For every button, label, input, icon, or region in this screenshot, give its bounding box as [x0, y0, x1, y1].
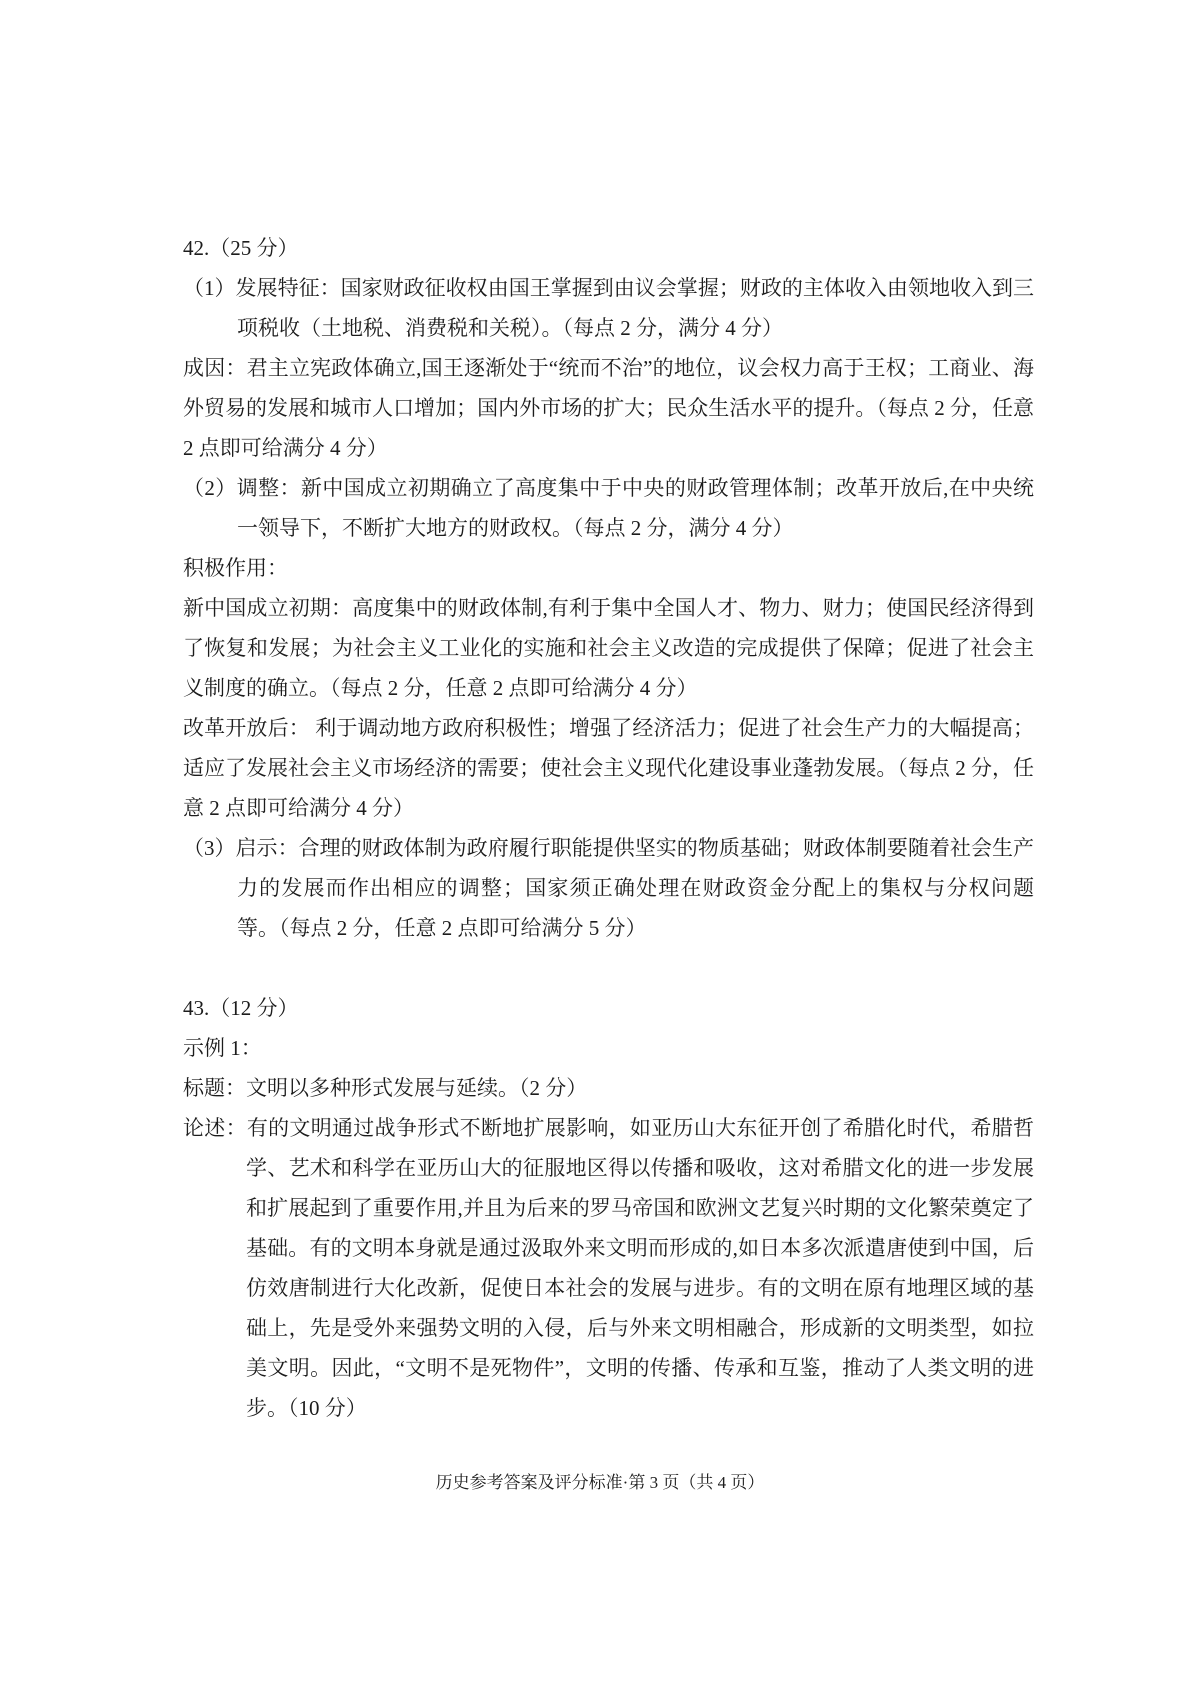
answer-item-1: （1）发展特征：国家财政征收权由国王掌握到由议会掌握；财政的主体收入由领地收入到…	[183, 268, 1034, 348]
essay-body-text: 有的文明通过战争形式不断地扩展影响，如亚历山大东征开创了希腊化时代，希腊哲学、艺…	[246, 1116, 1034, 1420]
essay-title-label: 标题：	[183, 1076, 246, 1100]
item-3-text: 启示：合理的财政体制为政府履行职能提供坚实的物质基础；财政体制要随着社会生产力的…	[236, 836, 1034, 940]
positive-effect-label: 积极作用：	[183, 548, 1034, 588]
item-1-cause-text: 成因：君主立宪政体确立,国王逐渐处于“统而不治”的地位，议会权力高于王权；工商业…	[183, 348, 1034, 468]
essay-body-label: 论述：	[183, 1116, 247, 1140]
question-42-heading: 42.（25 分）	[183, 228, 1034, 268]
question-43-block: 43.（12 分） 示例 1： 标题：文明以多种形式发展与延续。（2 分） 论述…	[183, 988, 1034, 1428]
item-1-text: 发展特征：国家财政征收权由国王掌握到由议会掌握；财政的主体收入由领地收入到三项税…	[236, 276, 1034, 340]
question-43-heading: 43.（12 分）	[183, 988, 1034, 1028]
answer-item-3: （3）启示：合理的财政体制为政府履行职能提供坚实的物质基础；财政体制要随着社会生…	[183, 828, 1034, 948]
question-42-block: 42.（25 分） （1）发展特征：国家财政征收权由国王掌握到由议会掌握；财政的…	[183, 228, 1034, 948]
example-1-label: 示例 1：	[183, 1028, 1034, 1068]
exam-answer-page: 42.（25 分） （1）发展特征：国家财政征收权由国王掌握到由议会掌握；财政的…	[0, 0, 1200, 1698]
answer-body: 42.（25 分） （1）发展特征：国家财政征收权由国王掌握到由议会掌握；财政的…	[183, 228, 1034, 1428]
item-3-marker: （3）	[183, 836, 236, 860]
item-2-marker: （2）	[183, 476, 237, 500]
answer-item-2: （2）调整：新中国成立初期确立了高度集中于中央的财政管理体制；改革开放后,在中央…	[183, 468, 1034, 548]
essay-body-line: 论述：有的文明通过战争形式不断地扩展影响，如亚历山大东征开创了希腊化时代，希腊哲…	[183, 1108, 1034, 1428]
page-footer: 历史参考答案及评分标准·第 3 页（共 4 页）	[0, 1466, 1200, 1500]
item-2-text: 调整：新中国成立初期确立了高度集中于中央的财政管理体制；改革开放后,在中央统一领…	[237, 476, 1034, 540]
essay-title-line: 标题：文明以多种形式发展与延续。（2 分）	[183, 1068, 1034, 1108]
early-prc-effect-text: 新中国成立初期：高度集中的财政体制,有利于集中全国人才、物力、财力；使国民经济得…	[183, 588, 1034, 708]
essay-title-text: 文明以多种形式发展与延续。（2 分）	[246, 1076, 587, 1100]
item-1-marker: （1）	[183, 276, 236, 300]
reform-era-effect-text: 改革开放后： 利于调动地方政府积极性；增强了经济活力；促进了社会生产力的大幅提高…	[183, 708, 1034, 828]
